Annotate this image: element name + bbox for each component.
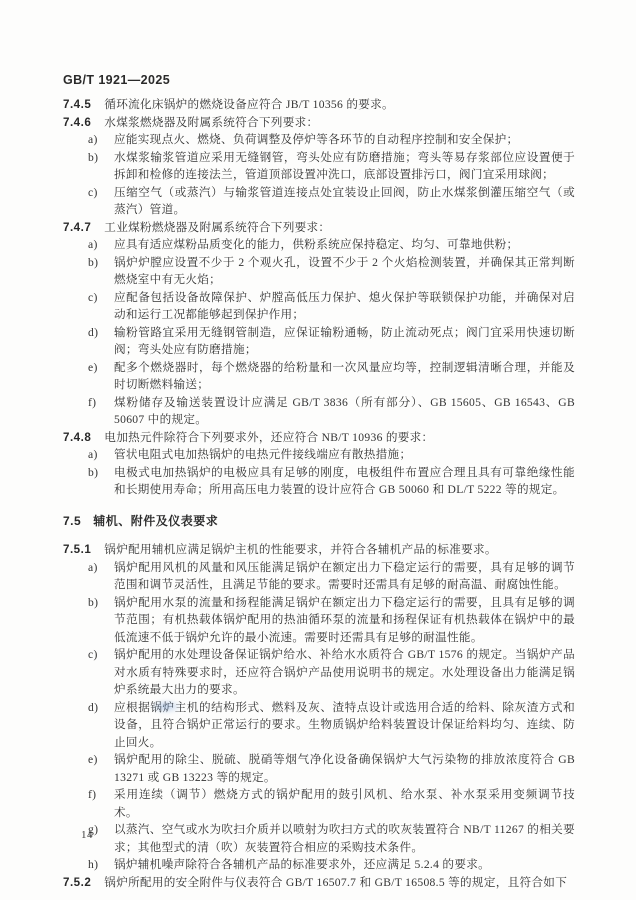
- list-item-f: f)煤粉储存及输送装置设计应满足 GB/T 3836（所有部分）、GB 1560…: [88, 394, 575, 429]
- list-item-label: f): [88, 394, 114, 429]
- list-item-label: b): [88, 254, 114, 289]
- clause-7.4.8: 7.4.8电加热元件除符合下列要求外，还应符合 NB/T 10936 的要求：a…: [63, 429, 575, 499]
- list-item-text: 锅炉配用水泵的流量和扬程能满足锅炉在额定出力下稳定运行的需要，且具有足够的调节范…: [114, 594, 575, 647]
- list-item-text: 以蒸汽、空气或水为吹扫介质并以喷射为吹扫方式的吹灰装置符合 NB/T 11267…: [114, 821, 575, 856]
- list-item-text: 水煤浆输浆管道应采用无缝钢管，弯头处应有防磨措施；弯头等易存浆部位应设置便于拆卸…: [114, 149, 575, 184]
- list-item-b: b)水煤浆输浆管道应采用无缝钢管，弯头处应有防磨措施；弯头等易存浆部位应设置便于…: [88, 149, 575, 184]
- list-item-text: 锅炉配用风机的风量和风压能满足锅炉在额定出力下稳定运行的需要，具有足够的调节范围…: [114, 559, 575, 594]
- clause-number: 7.4.5: [63, 98, 91, 111]
- clause-7.4.6: 7.4.6水煤浆燃烧器及附属系统符合下列要求：a)应能实现点火、燃烧、负荷调整及…: [63, 114, 575, 219]
- list-item-c: c)锅炉配用的水处理设备保证锅炉给水、补给水水质符合 GB/T 1576 的规定…: [88, 646, 575, 699]
- clause-7.5.2: 7.5.2锅炉所配用的安全附件与仪表符合 GB/T 16507.7 和 GB/T…: [63, 874, 575, 892]
- list-item-c: c)应配备包括设备故障保护、炉膛高低压力保护、熄火保护等联锁保护功能，并确保对启…: [88, 289, 575, 324]
- list-item-label: c): [88, 646, 114, 699]
- section-number: 7.5: [63, 514, 81, 528]
- list-item-text: 电极式电加热锅炉的电极应具有足够的刚度，电极组件布置应合理且具有可靠绝缘性能和长…: [114, 464, 575, 499]
- list-item-d: d)应根据锅炉主机的结构形式、燃料及灰、渣特点设计或选用合适的给料、除灰渣方式和…: [88, 699, 575, 752]
- standard-code: GB/T 1921—2025: [63, 73, 170, 87]
- clause-number: 7.4.6: [63, 116, 91, 129]
- clause-paragraph: 7.5.1锅炉配用辅机应满足锅炉主机的性能要求，并符合各辅机产品的标准要求。: [63, 541, 575, 559]
- list-item-label: d): [88, 324, 114, 359]
- list-item-label: a): [88, 559, 114, 594]
- clause-item-list: a)应能实现点火、燃烧、负荷调整及停炉等各环节的自动程序控制和安全保护；b)水煤…: [63, 131, 575, 219]
- section-title: 辅机、附件及仪表要求: [93, 514, 218, 528]
- list-item-text: 煤粉储存及输送装置设计应满足 GB/T 3836（所有部分）、GB 15605、…: [114, 394, 575, 429]
- list-item-text: 输粉管路宜采用无缝钢管制造，应保证输粉通畅，防止流动死点；阀门宜采用快速切断阀；…: [114, 324, 575, 359]
- list-item-label: b): [88, 149, 114, 184]
- clause-text: 循环流化床锅炉的燃烧设备应符合 JB/T 10356 的要求。: [104, 98, 394, 111]
- page-number: 14: [81, 829, 93, 841]
- clause-number: 7.5.1: [63, 543, 91, 556]
- clause-text: 电加热元件除符合下列要求外，还应符合 NB/T 10936 的要求：: [104, 431, 433, 444]
- list-item-label: f): [88, 786, 114, 821]
- list-item-h: h)锅炉辅机噪声除符合各辅机产品的标准要求外，还应满足 5.2.4 的要求。: [88, 856, 575, 874]
- list-item-label: b): [88, 464, 114, 499]
- list-item-d: d)输粉管路宜采用无缝钢管制造，应保证输粉通畅，防止流动死点；阀门宜采用快速切断…: [88, 324, 575, 359]
- clause-paragraph: 7.4.5循环流化床锅炉的燃烧设备应符合 JB/T 10356 的要求。: [63, 96, 575, 114]
- list-item-text: 应根据锅炉主机的结构形式、燃料及灰、渣特点设计或选用合适的给料、除灰渣方式和设备…: [114, 699, 575, 752]
- list-item-label: h): [88, 856, 114, 874]
- clause-number: 7.4.7: [63, 221, 91, 234]
- list-item-text: 应具有适应煤粉品质变化的能力，供粉系统应保持稳定、均匀、可靠地供粉；: [114, 236, 575, 254]
- list-item-label: c): [88, 184, 114, 219]
- clause-paragraph: 7.5.2锅炉所配用的安全附件与仪表符合 GB/T 16507.7 和 GB/T…: [63, 874, 575, 892]
- list-item-f: f)采用连续（调节）燃烧方式的锅炉配用的鼓引风机、给水泵、补水泵采用变频调节技术…: [88, 786, 575, 821]
- clause-paragraph: 7.4.6水煤浆燃烧器及附属系统符合下列要求：: [63, 114, 575, 132]
- list-item-label: b): [88, 594, 114, 647]
- clause-paragraph: 7.4.7工业煤粉燃烧器及附属系统符合下列要求：: [63, 219, 575, 237]
- document-page: GB/T 1921—2025 7.4.5循环流化床锅炉的燃烧设备应符合 JB/T…: [0, 0, 636, 900]
- list-item-label: a): [88, 131, 114, 149]
- list-item-text: 锅炉炉膛应设置不少于 2 个观火孔，设置不少于 2 个火焰检测装置，并确保其正常…: [114, 254, 575, 289]
- list-item-label: e): [88, 751, 114, 786]
- list-item-text: 采用连续（调节）燃烧方式的锅炉配用的鼓引风机、给水泵、补水泵采用变频调节技术。: [114, 786, 575, 821]
- list-item-text: 锅炉配用的除尘、脱硫、脱硝等烟气净化设备确保锅炉大气污染物的排放浓度符合 GB …: [114, 751, 575, 786]
- clause-7.4.7: 7.4.7工业煤粉燃烧器及附属系统符合下列要求：a)应具有适应煤粉品质变化的能力…: [63, 219, 575, 429]
- clause-7.5.1: 7.5.1锅炉配用辅机应满足锅炉主机的性能要求，并符合各辅机产品的标准要求。a)…: [63, 541, 575, 874]
- clause-text: 工业煤粉燃烧器及附属系统符合下列要求：: [104, 221, 330, 234]
- list-item-a: a)应具有适应煤粉品质变化的能力，供粉系统应保持稳定、均匀、可靠地供粉；: [88, 236, 575, 254]
- clause-number: 7.5.2: [63, 876, 91, 889]
- list-item-label: a): [88, 236, 114, 254]
- list-item-label: c): [88, 289, 114, 324]
- clause-7.4.5: 7.4.5循环流化床锅炉的燃烧设备应符合 JB/T 10356 的要求。: [63, 96, 575, 114]
- list-item-b: b)锅炉配用水泵的流量和扬程能满足锅炉在额定出力下稳定运行的需要，且具有足够的调…: [88, 594, 575, 647]
- list-item-text: 管状电阻式电加热锅炉的电热元件接线端应有散热措施；: [114, 446, 575, 464]
- list-item-a: a)管状电阻式电加热锅炉的电热元件接线端应有散热措施；: [88, 446, 575, 464]
- list-item-e: e)配多个燃烧器时，每个燃烧器的给粉量和一次风量应均等，控制逻辑清晰合理，并能及…: [88, 359, 575, 394]
- section-heading-7.5: 7.5辅机、附件及仪表要求: [63, 513, 575, 531]
- list-item-g: g)以蒸汽、空气或水为吹扫介质并以喷射为吹扫方式的吹灰装置符合 NB/T 112…: [88, 821, 575, 856]
- list-item-text: 压缩空气（或蒸汽）与输浆管道连接点处宜装设止回阀，防止水煤浆倒灌压缩空气（或蒸汽…: [114, 184, 575, 219]
- clause-item-list: a)锅炉配用风机的风量和风压能满足锅炉在额定出力下稳定运行的需要，具有足够的调节…: [63, 559, 575, 874]
- list-item-text: 应能实现点火、燃烧、负荷调整及停炉等各环节的自动程序控制和安全保护；: [114, 131, 575, 149]
- clause-item-list: a)应具有适应煤粉品质变化的能力，供粉系统应保持稳定、均匀、可靠地供粉；b)锅炉…: [63, 236, 575, 429]
- document-body: 7.4.5循环流化床锅炉的燃烧设备应符合 JB/T 10356 的要求。7.4.…: [63, 96, 575, 891]
- list-item-label: d): [88, 699, 114, 752]
- clause-item-list: a)管状电阻式电加热锅炉的电热元件接线端应有散热措施；b)电极式电加热锅炉的电极…: [63, 446, 575, 499]
- list-item-a: a)应能实现点火、燃烧、负荷调整及停炉等各环节的自动程序控制和安全保护；: [88, 131, 575, 149]
- list-item-c: c)压缩空气（或蒸汽）与输浆管道连接点处宜装设止回阀，防止水煤浆倒灌压缩空气（或…: [88, 184, 575, 219]
- list-item-label: e): [88, 359, 114, 394]
- clause-text: 锅炉配用辅机应满足锅炉主机的性能要求，并符合各辅机产品的标准要求。: [104, 543, 497, 556]
- list-item-text: 配多个燃烧器时，每个燃烧器的给粉量和一次风量应均等，控制逻辑清晰合理，并能及时切…: [114, 359, 575, 394]
- list-item-b: b)锅炉炉膛应设置不少于 2 个观火孔，设置不少于 2 个火焰检测装置，并确保其…: [88, 254, 575, 289]
- clause-text: 水煤浆燃烧器及附属系统符合下列要求：: [104, 116, 318, 129]
- clause-text: 锅炉所配用的安全附件与仪表符合 GB/T 16507.7 和 GB/T 1650…: [104, 876, 567, 889]
- clause-number: 7.4.8: [63, 431, 91, 444]
- list-item-e: e)锅炉配用的除尘、脱硫、脱硝等烟气净化设备确保锅炉大气污染物的排放浓度符合 G…: [88, 751, 575, 786]
- list-item-text: 应配备包括设备故障保护、炉膛高低压力保护、熄火保护等联锁保护功能，并确保对启动和…: [114, 289, 575, 324]
- list-item-label: a): [88, 446, 114, 464]
- list-item-text: 锅炉配用的水处理设备保证锅炉给水、补给水水质符合 GB/T 1576 的规定。当…: [114, 646, 575, 699]
- list-item-text: 锅炉辅机噪声除符合各辅机产品的标准要求外，还应满足 5.2.4 的要求。: [114, 856, 575, 874]
- list-item-a: a)锅炉配用风机的风量和风压能满足锅炉在额定出力下稳定运行的需要，具有足够的调节…: [88, 559, 575, 594]
- list-item-b: b)电极式电加热锅炉的电极应具有足够的刚度，电极组件布置应合理且具有可靠绝缘性能…: [88, 464, 575, 499]
- clause-paragraph: 7.4.8电加热元件除符合下列要求外，还应符合 NB/T 10936 的要求：: [63, 429, 575, 447]
